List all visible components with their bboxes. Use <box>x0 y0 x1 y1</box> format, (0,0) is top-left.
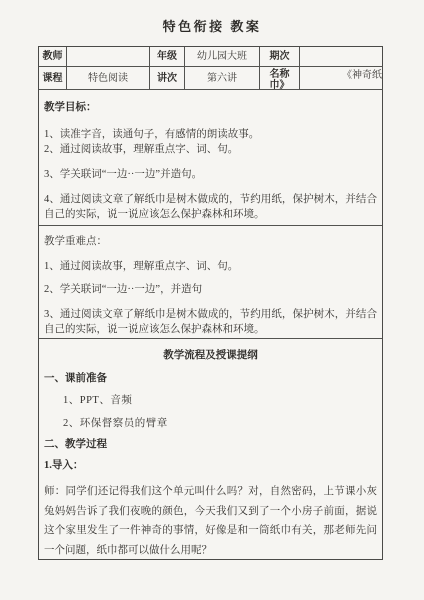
course-label: 课程 <box>39 67 67 90</box>
lecture-label: 讲次 <box>150 67 185 90</box>
grade-label: 年级 <box>150 47 185 67</box>
teaching-process-heading: 二、教学过程 <box>44 437 377 452</box>
page-title: 特色衔接 教案 <box>0 16 424 35</box>
key-point-item-3: 3、通过阅读文章了解纸巾是树木做成的，节约用纸，保护树木，并结合自己的实际，说一… <box>44 307 377 337</box>
name-value: 《神奇纸 <box>300 67 383 90</box>
teacher-value <box>67 47 150 67</box>
key-points-heading: 教学重难点： <box>44 234 377 249</box>
objectives-heading: 教学目标： <box>44 100 377 115</box>
objective-item-4: 4、通过阅读文章了解纸巾是树木做成的，节约用纸，保护树木，并结合自己的实际，说一… <box>44 192 377 222</box>
key-point-item-2: 2、学关联词“一边··一边”，并造句 <box>44 282 377 297</box>
lesson-plan-page: 特色衔接 教案 教师 年级 幼儿园大班 期次 课程 特色阅读 讲次 第六讲 名称… <box>0 0 424 600</box>
key-points-section: 教学重难点： 1、通过阅读故事，理解重点字、词、句。 2、学关联词“一边··一边… <box>39 225 382 338</box>
teacher-label: 教师 <box>39 47 67 67</box>
objectives-section: 教学目标： 1、读准字音，读通句子，有感情的朗读故事。 2、通过阅读故事，理解重… <box>39 90 382 225</box>
intro-heading: 1.导入： <box>44 458 377 473</box>
key-point-item-1: 1、通过阅读故事，理解重点字、词、句。 <box>44 259 377 274</box>
lesson-info-table: 教师 年级 幼儿园大班 期次 课程 特色阅读 讲次 第六讲 名称 巾》 《神奇纸… <box>38 46 383 560</box>
objective-item-1: 1、读准字音，读通句子，有感情的朗读故事。 <box>44 127 377 142</box>
info-row-2: 课程 特色阅读 讲次 第六讲 名称 巾》 《神奇纸 <box>39 67 382 90</box>
objective-item-2: 2、通过阅读故事，理解重点字、词、句。 <box>44 142 377 157</box>
prep-heading: 一、课前准备 <box>44 371 377 386</box>
prep-item-2: 2、环保督察员的臂章 <box>44 416 377 431</box>
process-section: 教学流程及授课提纲 一、课前准备 1、PPT、音频 2、环保督察员的臂章 二、教… <box>39 338 382 559</box>
objective-item-3: 3、学关联词“一边··一边”并造句。 <box>44 167 377 182</box>
process-title: 教学流程及授课提纲 <box>44 348 377 363</box>
name-label-line2: 巾》 <box>270 80 290 90</box>
name-label: 名称 巾》 <box>260 67 300 90</box>
course-value: 特色阅读 <box>67 67 150 90</box>
lecture-value: 第六讲 <box>185 67 260 90</box>
term-value <box>300 47 383 67</box>
prep-item-1: 1、PPT、音频 <box>44 393 377 408</box>
intro-paragraph: 师：同学们还记得我们这个单元叫什么吗？对，自然密码，上节课小灰兔妈妈告诉了我们夜… <box>44 482 377 559</box>
grade-value: 幼儿园大班 <box>185 47 260 67</box>
info-row-1: 教师 年级 幼儿园大班 期次 <box>39 47 382 67</box>
name-label-line1: 名称 <box>270 69 290 80</box>
term-label: 期次 <box>260 47 300 67</box>
